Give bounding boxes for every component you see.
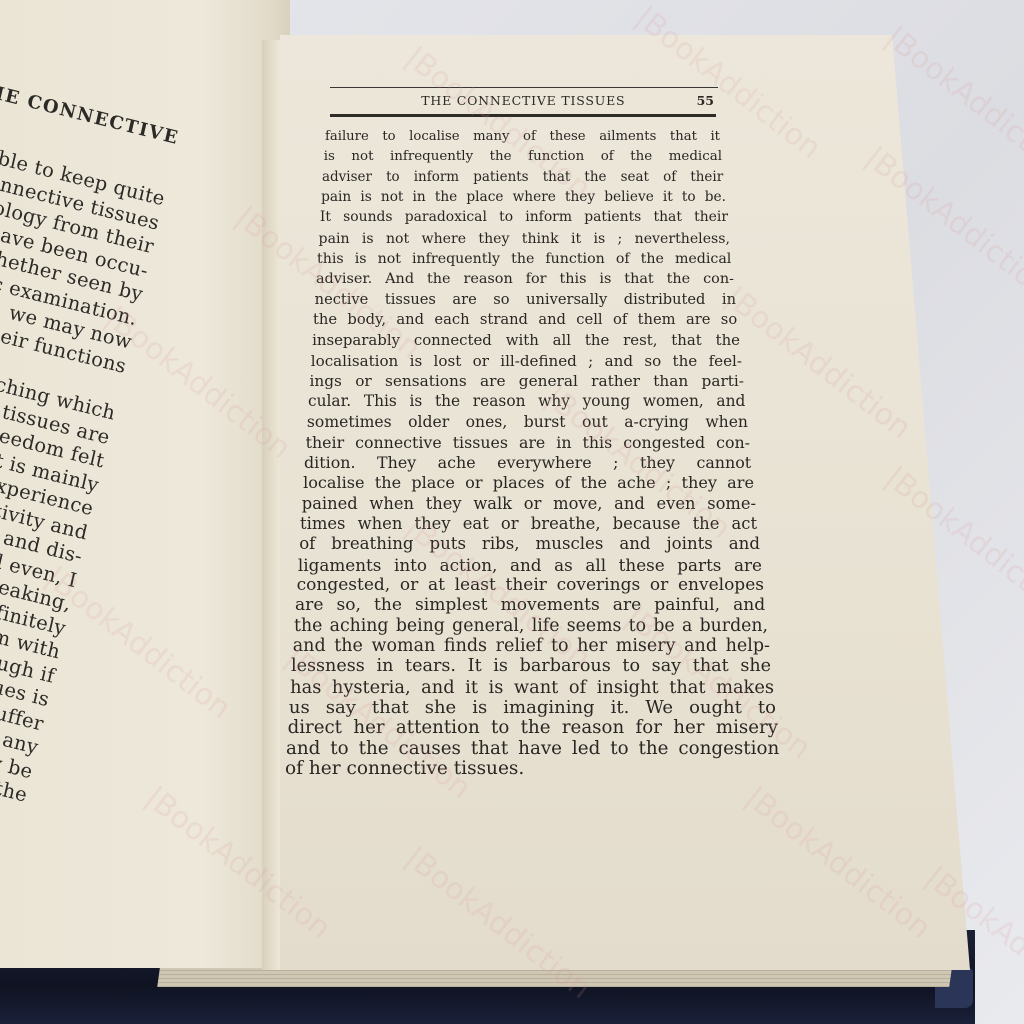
body-text-line: localisation is lost or ill-defined ; an… <box>311 354 742 369</box>
body-text-line: their connective tissues are in this con… <box>306 435 750 451</box>
left-page-lines: possible to keep quitee connective tissu… <box>0 115 167 808</box>
body-text-line: failure to localise many of these ailmen… <box>325 130 720 143</box>
body-text-line: is not infrequently the function of the … <box>324 150 722 163</box>
body-text-line: inseparably connected with all the rest,… <box>312 333 740 348</box>
body-text-line: cular. This is the reason why young wome… <box>308 394 745 409</box>
body-text-line: the aching being general, life seems to … <box>294 618 768 635</box>
running-title: THE CONNECTIVE TISSUES <box>330 93 697 108</box>
body-text-line: and to the causes that have led to the c… <box>286 740 779 758</box>
body-text-line: are so, the simplest movements are painf… <box>295 597 765 614</box>
body-text-line: pain is not where they think it is ; nev… <box>319 232 730 246</box>
body-text-line: ings or sensations are general rather th… <box>310 374 744 389</box>
page-edges <box>157 967 952 987</box>
body-text-line: and the woman finds relief to her misery… <box>293 638 770 656</box>
left-page-text: THE CONNECTIVE ES possible to keep quite… <box>0 55 181 808</box>
body-text-line: pain is not in the place where they beli… <box>321 191 726 205</box>
body-text-line: ligaments into action, and as all these … <box>298 557 762 574</box>
body-text-line: us say that she is imagining it. We ough… <box>289 699 776 717</box>
body-text-line: of her connective tissues. <box>285 760 782 779</box>
body-text-line: direct her attention to the reason for h… <box>288 719 778 737</box>
body-text-line: this is not infrequently the function of… <box>317 252 731 266</box>
body-text-line: dition. They ache everywhere ; they cann… <box>304 455 751 471</box>
body-text-line: nective tissues are so universally distr… <box>315 293 736 308</box>
header-rule-top <box>330 87 718 88</box>
body-text-line: times when they eat or breathe, because … <box>300 516 757 532</box>
body-text-line: has hysteria, and it is want of insight … <box>290 679 774 697</box>
body-text-line: sometimes older ones, burst out a-crying… <box>307 415 748 431</box>
body-text-line: of breathing puts ribs, muscles and join… <box>299 536 760 553</box>
left-page: THE CONNECTIVE ES possible to keep quite… <box>0 0 290 968</box>
body-text-line: congested, or at least their coverings o… <box>297 577 764 594</box>
page-number: 55 <box>697 93 718 108</box>
body-text-line: pained when they walk or move, and even … <box>302 496 756 512</box>
header-rule-bottom <box>330 114 716 117</box>
body-text-line: lessness in tears. It is barbarous to sa… <box>291 658 771 676</box>
body-text-line: localise the place or places of the ache… <box>303 475 754 491</box>
body-text-line: adviser. And the reason for this is that… <box>316 272 734 286</box>
body-text-line: the body, and each strand and cell of th… <box>313 313 737 328</box>
body-text-line: It sounds paradoxical to inform patients… <box>320 211 728 225</box>
body-text-line: adviser to inform patients that the seat… <box>322 171 723 185</box>
running-head: THE CONNECTIVE TISSUES 55 <box>330 87 718 117</box>
